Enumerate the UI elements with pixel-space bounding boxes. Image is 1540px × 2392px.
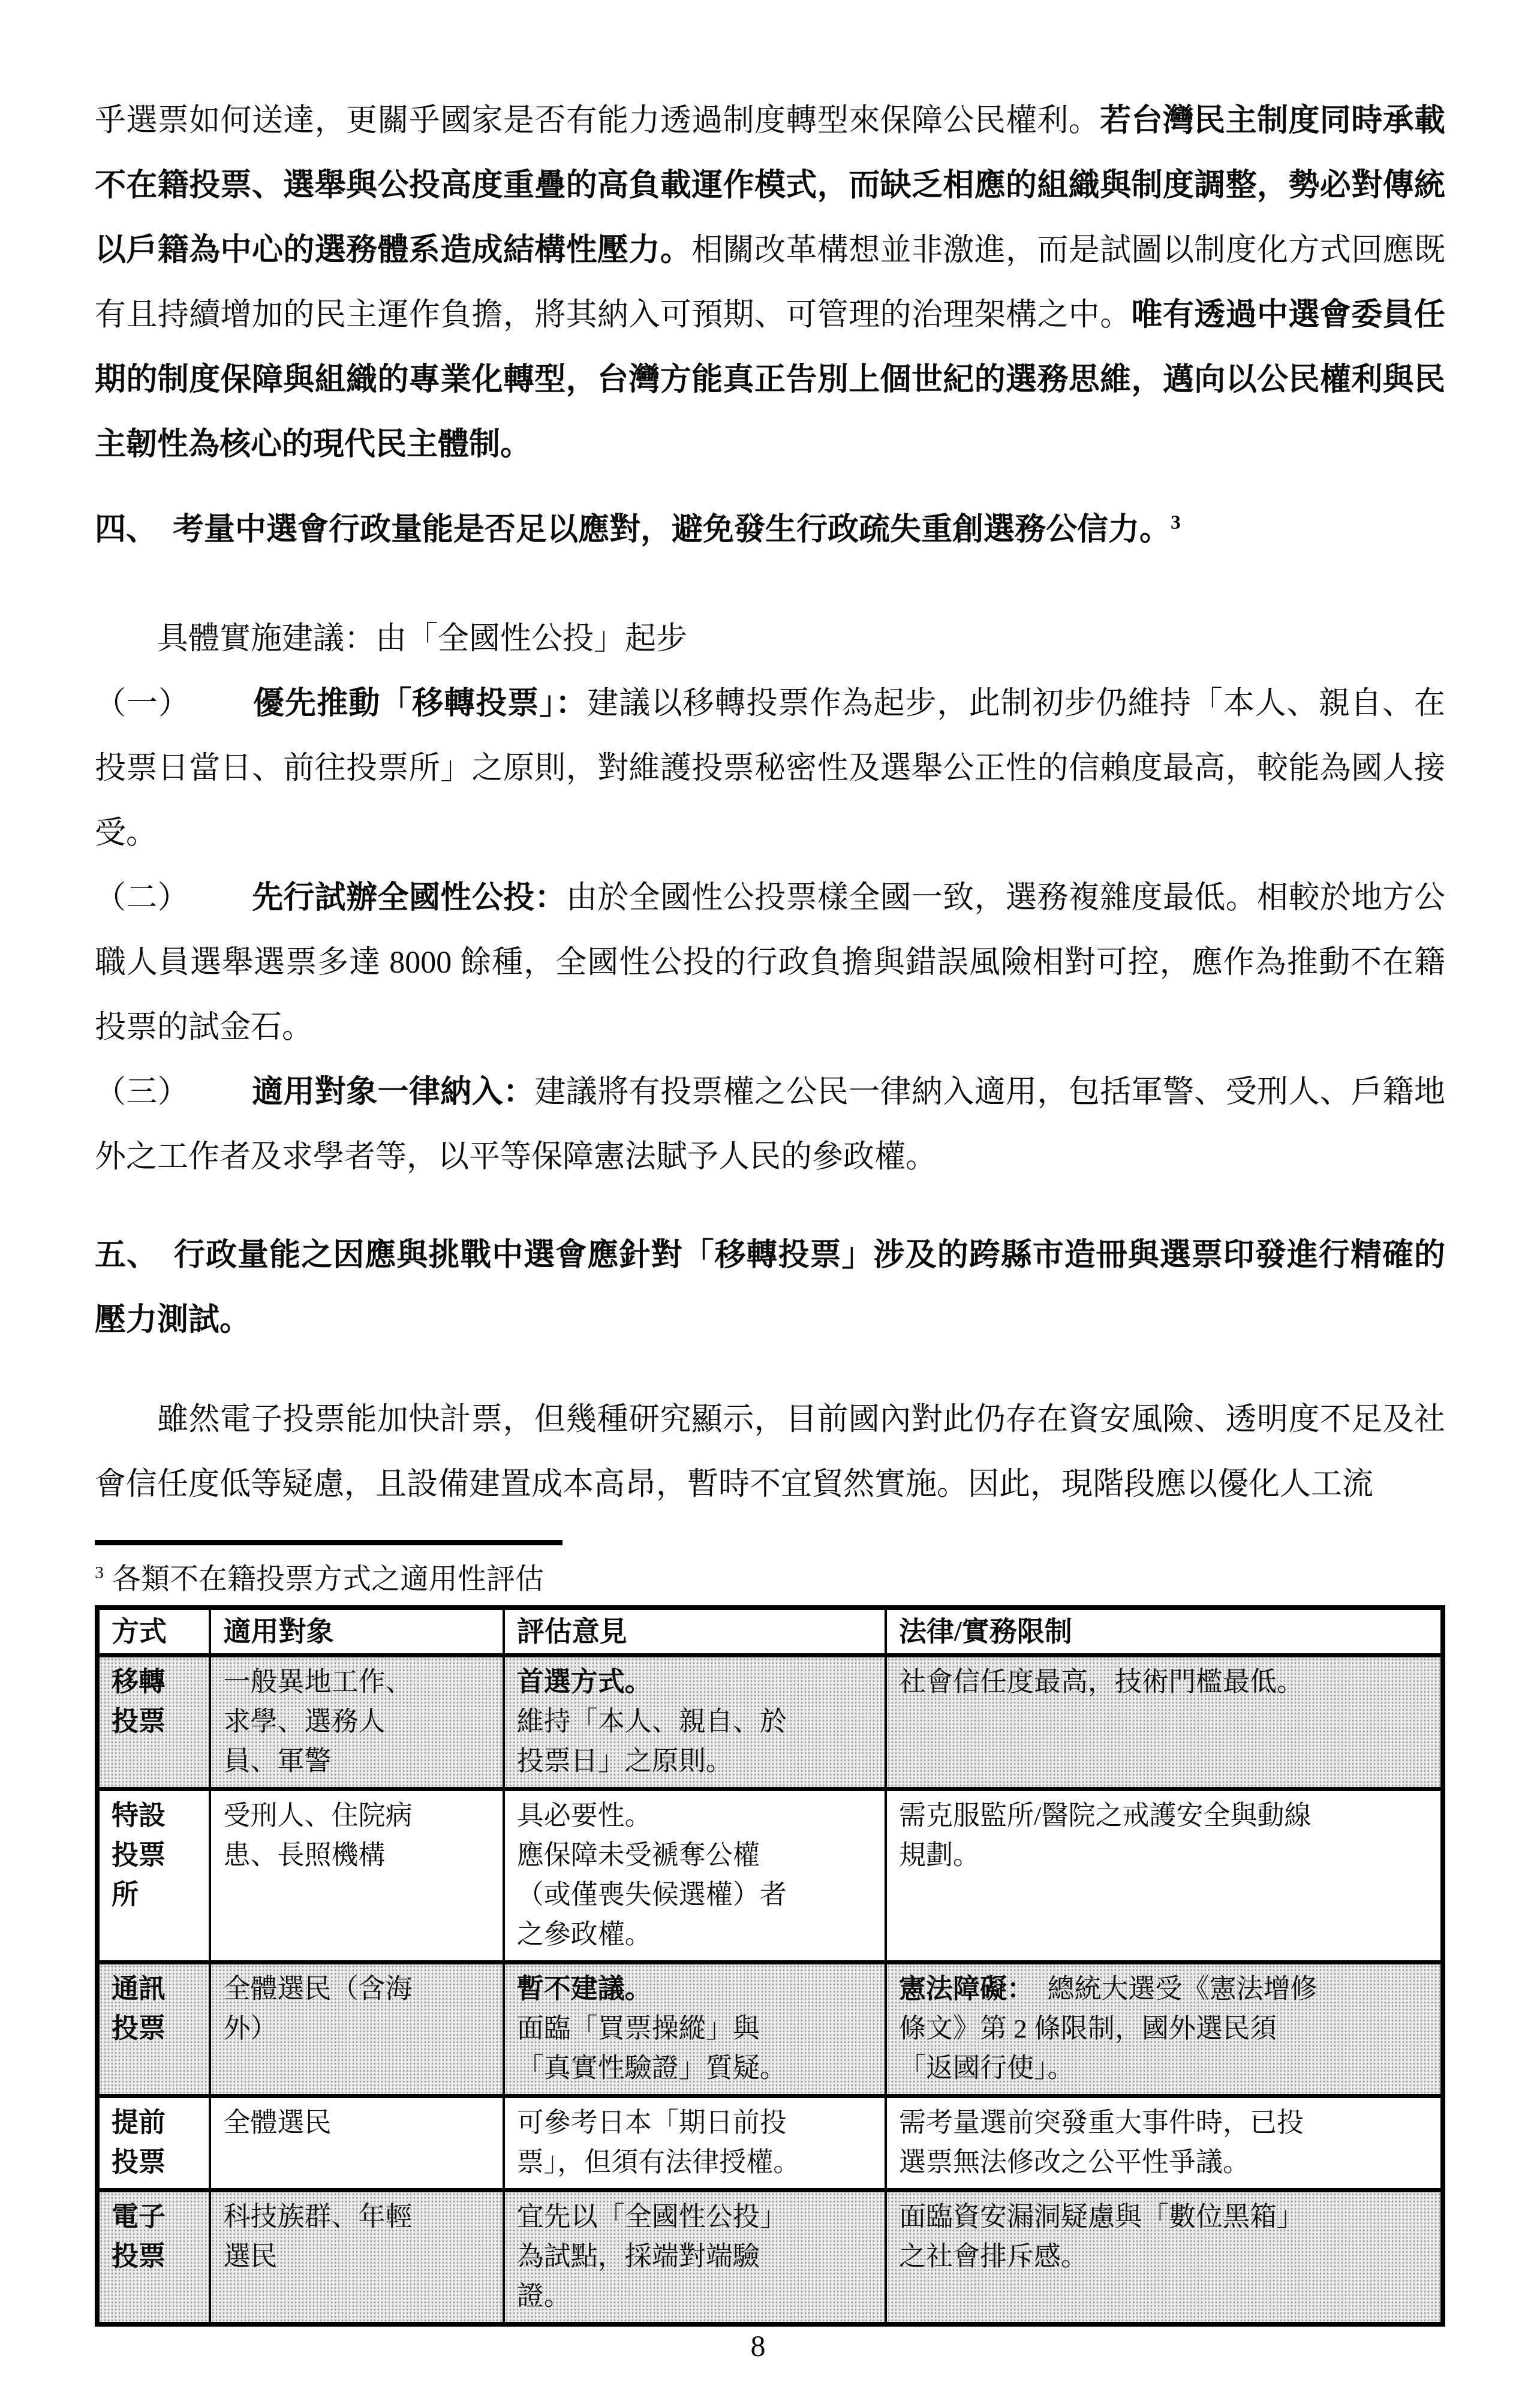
text-segment: 適用對象一律納入：: [252, 1075, 534, 1109]
cell-text: 投票: [112, 1840, 166, 1870]
text-segment: 雖然電子投票能加快計票，但幾種研究顯示，目前國內對此仍存在資安風險、透明度不足及…: [95, 1403, 1445, 1502]
cell-text: 面臨資安漏洞疑慮與「數位黑箱」: [899, 2202, 1304, 2232]
table-cell: 宜先以「全國性公投」為試點，採端對端驗證。: [504, 2191, 886, 2325]
text-segment: 考量中選會行政量能是否足以應對，避免發生行政疏失重創選務公信力。: [173, 513, 1171, 547]
cell-text: 一般異地工作、: [223, 1667, 412, 1697]
list-item: （二）先行試辦全國性公投：由於全國性公投票樣全國一致，選務複雜度最低。相較於地方…: [95, 866, 1445, 1060]
cell-text: 投票: [112, 2241, 166, 2271]
cell-text: 為試點，採端對端驗: [517, 2241, 760, 2271]
table-method-cell: 電子投票: [97, 2191, 210, 2325]
footnote-title-text: 各類不在籍投票方式之適用性評估: [112, 1563, 544, 1595]
cell-text: 具必要性。: [517, 1801, 652, 1831]
text-segment: 優先推動「移轉投票」：: [253, 687, 587, 721]
cell-text: 特設: [112, 1801, 166, 1831]
cell-text: 外）: [223, 2014, 277, 2044]
paragraph: 雖然電子投票能加快計票，但幾種研究顯示，目前國內對此仍存在資安風險、透明度不足及…: [95, 1388, 1445, 1517]
text-segment: 乎選票如何送達，更關乎國家是否有能力透過制度轉型來保障公民權利。: [95, 104, 1100, 138]
item-number: （一）: [95, 687, 190, 721]
cell-text: 之社會排斥感。: [899, 2241, 1088, 2271]
footnote-table: 方式適用對象評估意見法律/實務限制 移轉投票一般異地工作、求學、選務人員、軍警首…: [95, 1605, 1445, 2327]
item-number: （二）: [95, 881, 189, 915]
footnote-section: 3各類不在籍投票方式之適用性評估 方式適用對象評估意見法律/實務限制 移轉投票一…: [0, 1540, 1540, 2327]
cell-text: 證。: [517, 2281, 571, 2311]
cell-text: 應保障未受褫奪公權: [517, 1840, 760, 1870]
table-cell: 全體選民（含海外）: [210, 1963, 503, 2096]
table-cell: 憲法障礙： 總統大選受《憲法增修條文》第 2 條限制，國外選民須「返國行使」。: [886, 1963, 1443, 2096]
cell-text: 首選方式。: [517, 1667, 652, 1697]
cell-text: 票」，但須有法律授權。: [517, 2147, 801, 2177]
text-segment: 行政量能之因應與挑戰中選會應針對「移轉投票」涉及的跨縣市造冊與選票印發進行精確的…: [95, 1238, 1445, 1337]
cell-text: 可參考日本「期日前投: [517, 2108, 787, 2138]
table-cell: 暫不建議。面臨「買票操縱」與「真實性驗證」質疑。: [504, 1963, 886, 2096]
cell-text: 全體選民: [223, 2108, 331, 2138]
paragraph: 乎選票如何送達，更關乎國家是否有能力透過制度轉型來保障公民權利。若台灣民主制度同…: [95, 89, 1445, 477]
table-cell: 具必要性。應保障未受褫奪公權（或僅喪失候選權）者之參政權。: [504, 1789, 886, 1963]
table-header-row: 方式適用對象評估意見法律/實務限制: [97, 1608, 1443, 1656]
cell-text: 憲法障礙：: [899, 1974, 1021, 2004]
cell-text: 全體選民（含海: [223, 1974, 412, 2004]
item-number: 五、: [95, 1238, 158, 1272]
table-cell: 需克服監所/醫院之戒護安全與動線規劃。: [886, 1789, 1443, 1963]
cell-text: 員、軍警: [223, 1746, 331, 1776]
cell-text: 投票: [112, 1707, 166, 1737]
document-page: 乎選票如何送達，更關乎國家是否有能力透過制度轉型來保障公民權利。若台灣民主制度同…: [0, 0, 1540, 2392]
cell-text: 提前: [112, 2108, 166, 2138]
table-row: 移轉投票一般異地工作、求學、選務人員、軍警首選方式。維持「本人、親自、於投票日」…: [97, 1656, 1443, 1789]
cell-text: 面臨「買票操縱」與: [517, 2014, 760, 2044]
cell-text: 通訊: [112, 1974, 166, 2004]
table-row: 提前投票全體選民可參考日本「期日前投票」，但須有法律授權。需考量選前突發重大事件…: [97, 2096, 1443, 2191]
cell-text: 「返國行使」。: [899, 2053, 1075, 2083]
table-method-cell: 提前投票: [97, 2096, 210, 2191]
footnote-ref: 3: [1171, 512, 1181, 534]
text-segment: 先行試辦全國性公投：: [252, 881, 566, 915]
cell-text: 宜先以「全國性公投」: [517, 2202, 787, 2232]
cell-text: 所: [112, 1880, 139, 1910]
paragraph: 具體實施建議：由「全國性公投」起步: [95, 607, 1445, 672]
cell-text: 受刑人、住院病: [223, 1801, 412, 1831]
cell-text: （或僅喪失候選權）者: [517, 1880, 787, 1910]
cell-text: 投票: [112, 2014, 166, 2044]
cell-text: 條文》第 2 條限制，國外選民須: [899, 2014, 1277, 2044]
cell-text: 科技族群、年輕: [223, 2202, 412, 2232]
cell-text: 規劃。: [899, 1840, 980, 1870]
table-cell: 一般異地工作、求學、選務人員、軍警: [210, 1656, 503, 1789]
list-item: （三）適用對象一律納入：建議將有投票權之公民一律納入適用，包括軍警、受刑人、戶籍…: [95, 1060, 1445, 1190]
item-number: 四、: [95, 513, 157, 547]
table-cell: 可參考日本「期日前投票」，但須有法律授權。: [504, 2096, 886, 2191]
text-segment: 具體實施建議：由「全國性公投」起步: [157, 622, 687, 656]
cell-text: 需克服監所/醫院之戒護安全與動線: [899, 1801, 1312, 1831]
table-cell: 全體選民: [210, 2096, 503, 2191]
footnote-marker: 3: [95, 1563, 104, 1582]
cell-text: 電子: [112, 2202, 166, 2232]
page-number: 8: [0, 2331, 1516, 2361]
cell-text: 維持「本人、親自、於: [517, 1707, 787, 1737]
document-body: 乎選票如何送達，更關乎國家是否有能力透過制度轉型來保障公民權利。若台灣民主制度同…: [0, 0, 1540, 1517]
table-row: 通訊投票全體選民（含海外）暫不建議。面臨「買票操縱」與「真實性驗證」質疑。憲法障…: [97, 1963, 1443, 2096]
table-cell: 社會信任度最高，技術門檻最低。: [886, 1656, 1443, 1789]
table-method-cell: 特設投票所: [97, 1789, 210, 1963]
table-method-cell: 移轉投票: [97, 1656, 210, 1789]
table-header-cell: 方式: [97, 1608, 210, 1656]
cell-text: 患、長照機構: [223, 1840, 385, 1870]
list-item: （一）優先推動「移轉投票」：建議以移轉投票作為起步，此制初步仍維持「本人、親自、…: [95, 672, 1445, 866]
cell-text: 「真實性驗證」質疑。: [517, 2053, 787, 2083]
cell-text: 求學、選務人: [223, 1707, 385, 1737]
table-cell: 首選方式。維持「本人、親自、於投票日」之原則。: [504, 1656, 886, 1789]
table-cell: 面臨資安漏洞疑慮與「數位黑箱」之社會排斥感。: [886, 2191, 1443, 2325]
table-header-cell: 適用對象: [210, 1608, 503, 1656]
item-number: （三）: [95, 1075, 189, 1109]
table-row: 特設投票所受刑人、住院病患、長照機構具必要性。應保障未受褫奪公權（或僅喪失候選權…: [97, 1789, 1443, 1963]
cell-text: 選票無法修改之公平性爭議。: [899, 2147, 1250, 2177]
table-cell: 科技族群、年輕選民: [210, 2191, 503, 2325]
table-row: 電子投票科技族群、年輕選民宜先以「全國性公投」為試點，採端對端驗證。面臨資安漏洞…: [97, 2191, 1443, 2325]
cell-text: 暫不建議。: [517, 1974, 652, 2004]
table-header-cell: 評估意見: [504, 1608, 886, 1656]
cell-text: 總統大選受《憲法增修: [1020, 1974, 1317, 2004]
section-heading: 五、行政量能之因應與挑戰中選會應針對「移轉投票」涉及的跨縣市造冊與選票印發進行精…: [95, 1223, 1445, 1353]
footnote-title: 3各類不在籍投票方式之適用性評估: [95, 1561, 1445, 1598]
table-cell: 受刑人、住院病患、長照機構: [210, 1789, 503, 1963]
cell-text: 需考量選前突發重大事件時，已投: [899, 2108, 1304, 2138]
cell-text: 投票日」之原則。: [517, 1746, 733, 1776]
cell-text: 移轉: [112, 1667, 166, 1697]
cell-text: 選民: [223, 2241, 277, 2271]
table-header-cell: 法律/實務限制: [886, 1608, 1443, 1656]
table-cell: 需考量選前突發重大事件時，已投選票無法修改之公平性爭議。: [886, 2096, 1443, 2191]
cell-text: 之參政權。: [517, 1919, 652, 1949]
section-heading: 四、考量中選會行政量能是否足以應對，避免發生行政疏失重創選務公信力。3: [95, 498, 1445, 562]
table-method-cell: 通訊投票: [97, 1963, 210, 2096]
cell-text: 投票: [112, 2147, 166, 2177]
cell-text: 社會信任度最高，技術門檻最低。: [899, 1667, 1304, 1697]
footnote-divider: [95, 1540, 563, 1545]
